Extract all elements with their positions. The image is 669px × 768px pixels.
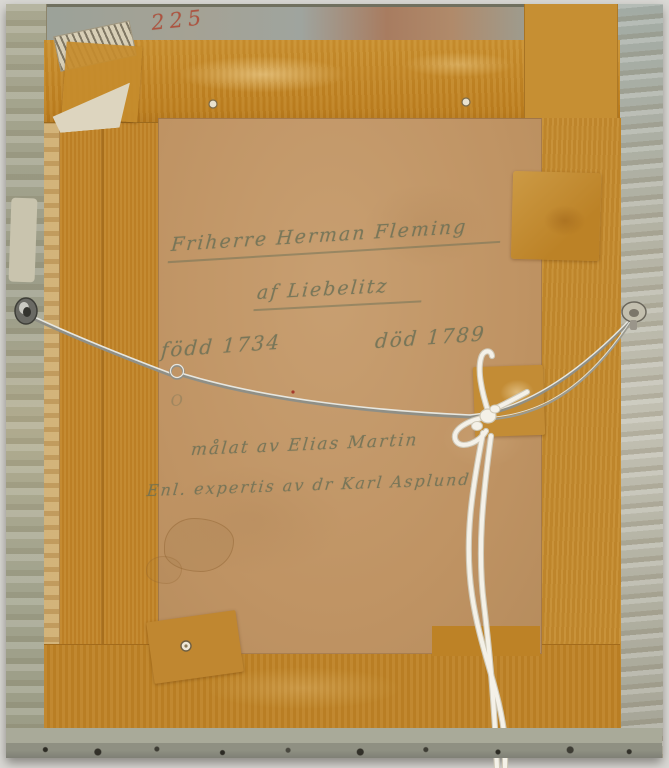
tape-seam bbox=[101, 40, 104, 740]
tape-overlap-bottom-right bbox=[432, 626, 540, 656]
frame-edge-bottom bbox=[6, 728, 662, 758]
tape-patch-right bbox=[511, 171, 601, 261]
frame-edge-left bbox=[6, 4, 47, 758]
inscription-stray-mark: O bbox=[170, 391, 186, 410]
paint-chip-left-edge bbox=[9, 198, 38, 283]
photo-back-of-framed-painting: 225 Friherre Herman Fleming af Liebelitz… bbox=[0, 0, 669, 768]
tape-patch-bottom bbox=[146, 610, 244, 684]
frame-edge-right bbox=[616, 4, 663, 758]
tape-strip-top-right bbox=[524, 4, 618, 120]
water-stain-small bbox=[146, 556, 182, 584]
tape-patch-at-wire bbox=[473, 365, 545, 437]
tape-strip-left-light bbox=[44, 40, 60, 740]
tape-strip-bottom bbox=[44, 644, 620, 741]
